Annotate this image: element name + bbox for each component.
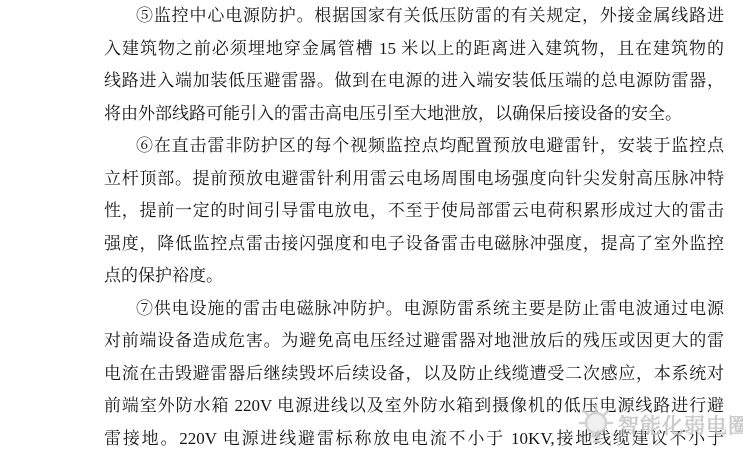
text-line: 强度，降低监控点雷击接闪强度和电子设备雷击电磁脉冲强度，提高了室外监控 (104, 228, 724, 261)
text-line: ⑥在直击雷非防护区的每个视频监控点均配置预放电避雷针，安装于监控点 (104, 130, 724, 163)
text-line: 对前端设备造成危害。为避免高电压经过避雷器对地泄放后的残压或因更大的雷 (104, 325, 724, 358)
text-line: 入建筑物之前必须埋地穿金属管槽 15 米以上的距离进入建筑物，且在建筑物的 (104, 33, 724, 66)
text-line: 前端室外防水箱 220V 电源进线以及室外防水箱到摄像机的低压电源线路进行避 (104, 390, 724, 423)
text-line: 电流在击毁避雷器后继续毁坏后续设备，以及防止线缆遭受二次感应，本系统对 (104, 358, 724, 391)
text-line: ⑤监控中心电源防护。根据国家有关低压防雷的有关规定，外接金属线路进 (104, 0, 724, 33)
text-line: 点的保护裕度。 (104, 260, 724, 293)
text-line: 将由外部线路可能引入的雷击高电压引至大地泄放，以确保后接设备的安全。 (104, 98, 724, 131)
text-line: ⑦供电设施的雷击电磁脉冲防护。电源防雷系统主要是防止雷电波通过电源 (104, 293, 724, 326)
text-line: 立杆顶部。提前预放电避雷针利用雷云电场周围电场强度向针尖发射高压脉冲特 (104, 163, 724, 196)
text-line: 性，提前一定的时间引导雷电放电，不至于使局部雷云电荷积累形成过大的雷击 (104, 195, 724, 228)
text-line: 线路进入端加装低压避雷器。做到在电源的进入端安装低压端的总电源防雷器， (104, 65, 724, 98)
document-page: ⑤监控中心电源防护。根据国家有关低压防雷的有关规定，外接金属线路进入建筑物之前必… (0, 0, 743, 455)
text-line: 雷接地。220V 电源进线避雷标称放电电流不小于 10KV,接地线缆建议不小于 … (104, 423, 724, 455)
text-block: ⑤监控中心电源防护。根据国家有关低压防雷的有关规定，外接金属线路进入建筑物之前必… (104, 0, 724, 455)
